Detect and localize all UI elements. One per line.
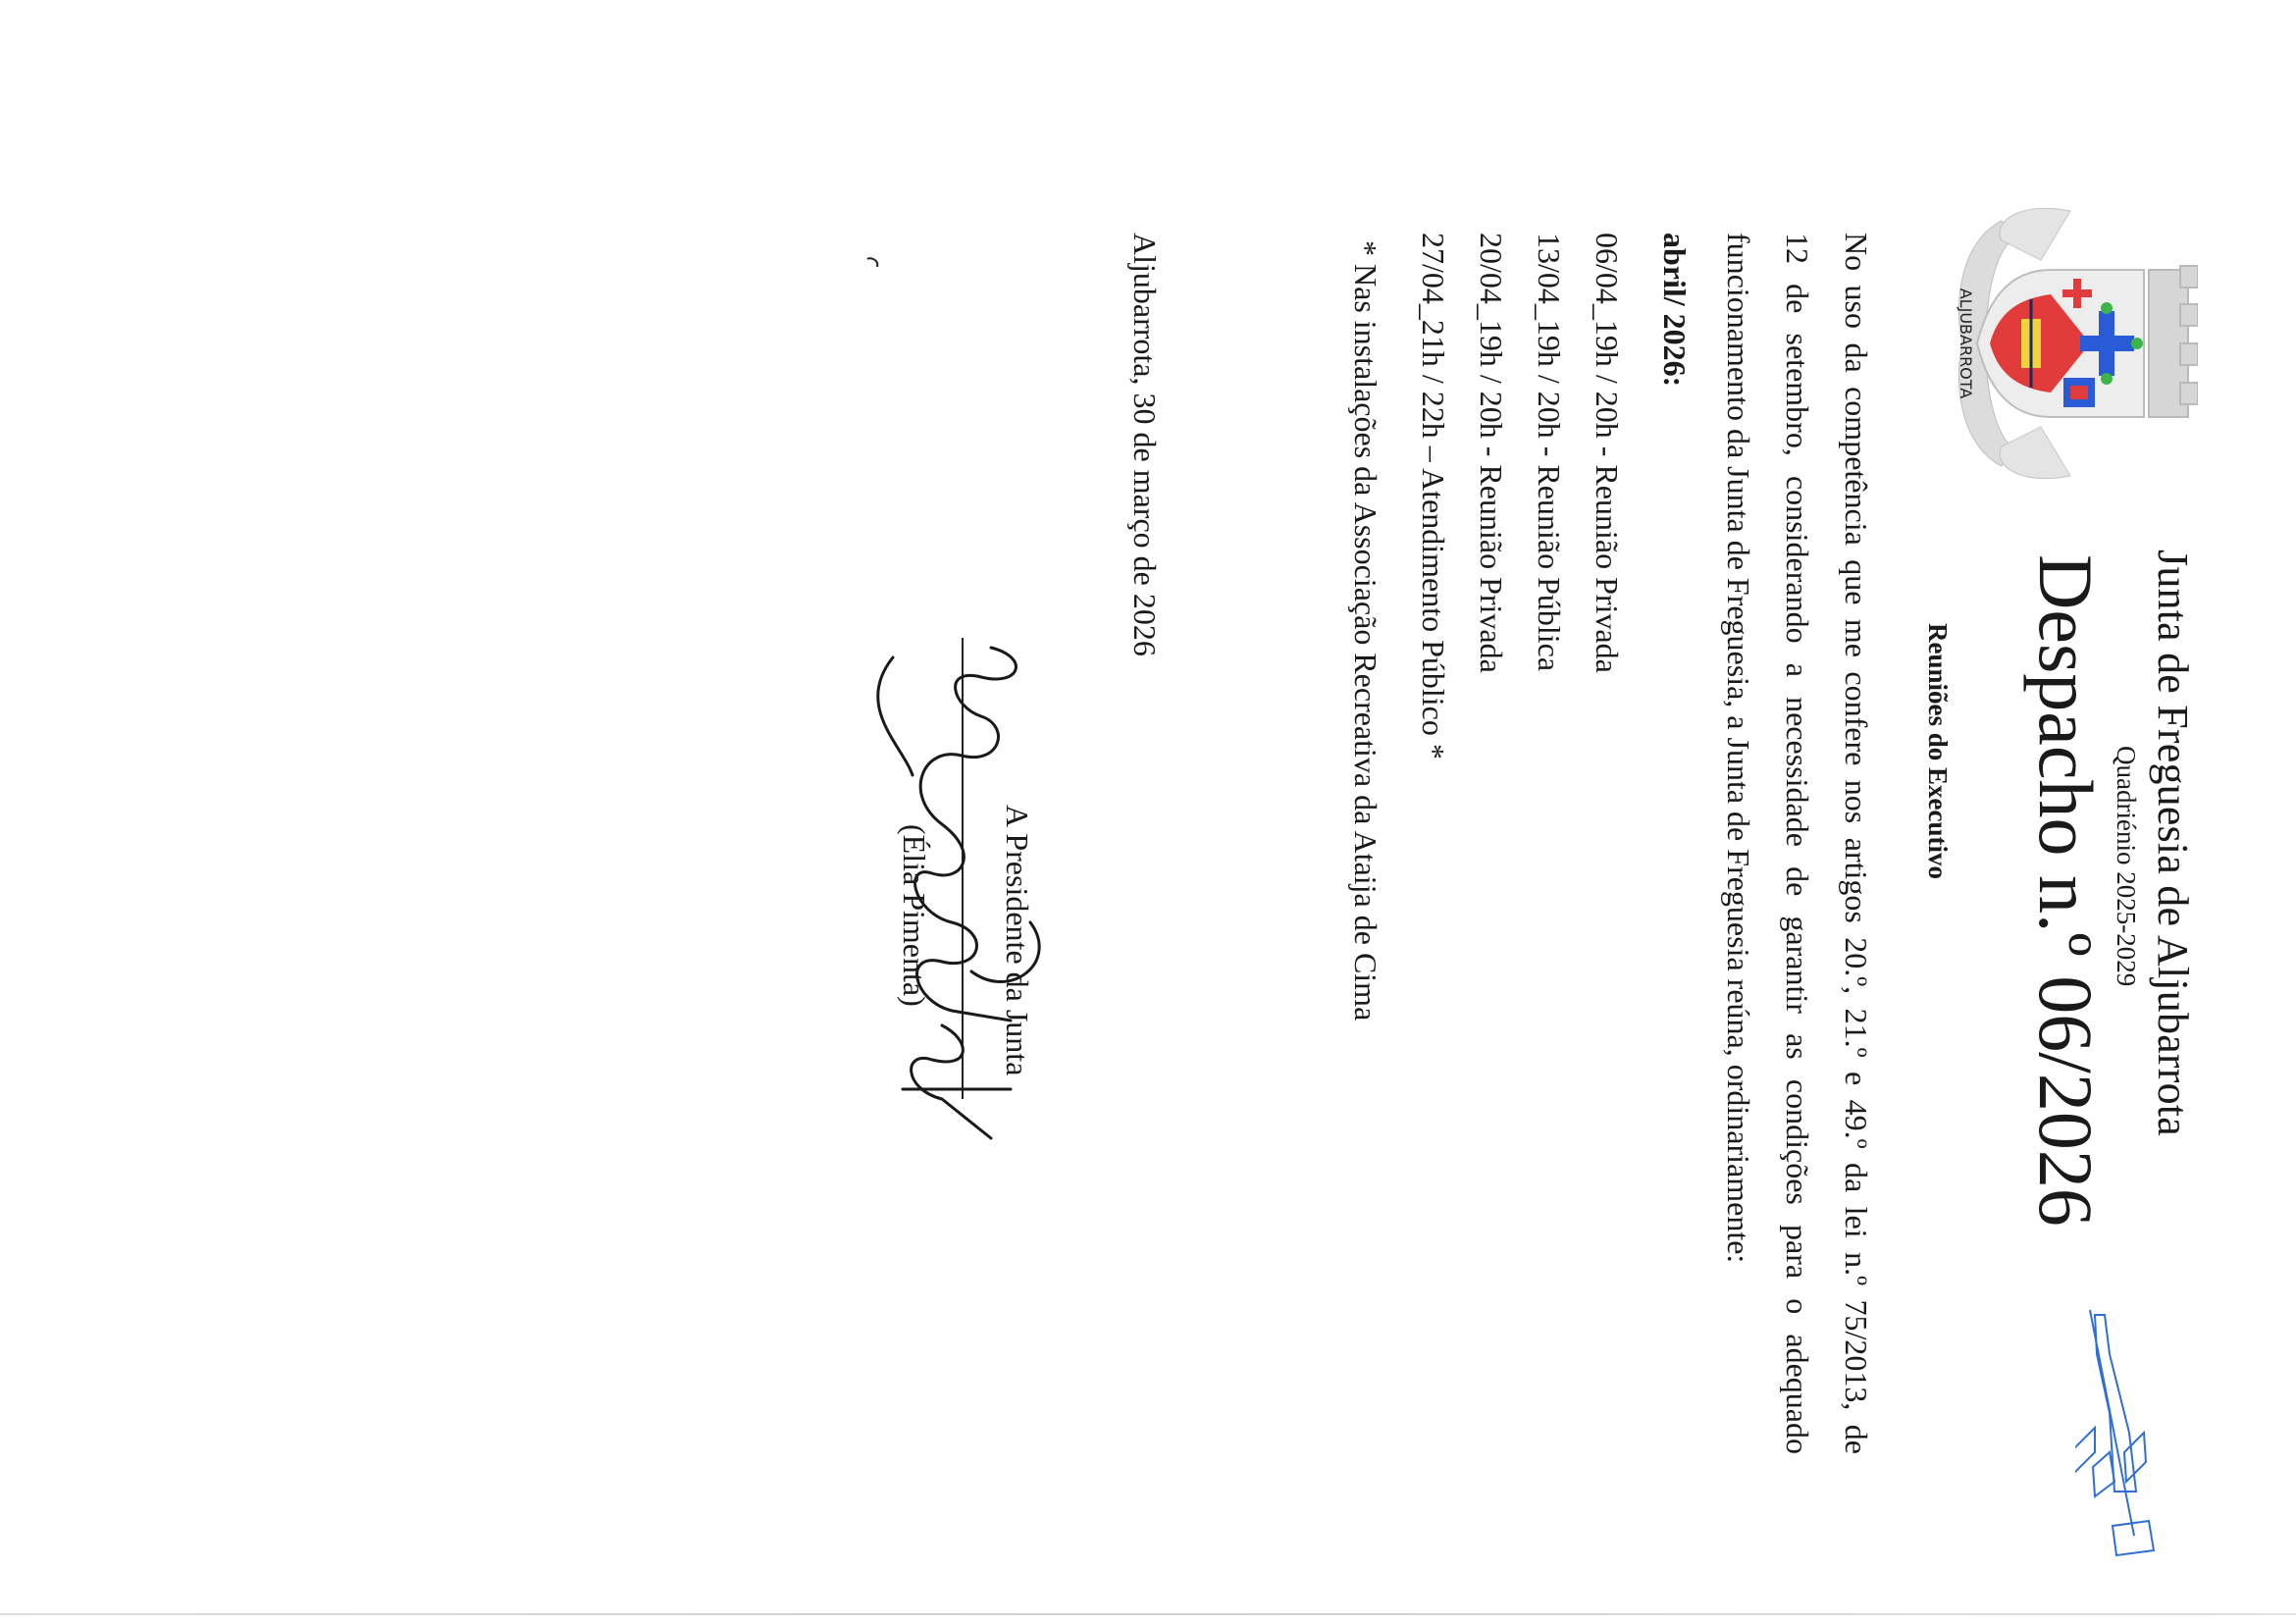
scan-mark-icon [863, 253, 883, 273]
entry-date: 27/04 [1416, 233, 1451, 304]
line-art-logo-icon [2075, 1295, 2203, 1560]
schedule-entry: 20/04_19h / 20h - Reunião Privada [1462, 233, 1520, 759]
entry-time: 19h / 20h [1532, 320, 1567, 439]
document-page: ALJUBARROTA Junta de Freguesia de Aljuba… [0, 0, 2296, 1623]
entry-type: Reunião Pública [1532, 464, 1567, 671]
entry-date: 06/04 [1590, 233, 1625, 304]
svg-text:ALJUBARROTA: ALJUBARROTA [1957, 288, 1975, 399]
entry-type: Atendimento Público * [1416, 468, 1451, 759]
body-line: funcionamento da Junta de Freguesia, a J… [1709, 233, 1768, 1454]
entry-time: 19h / 20h [1474, 320, 1509, 439]
handwritten-signature-icon [677, 628, 1050, 1178]
entry-type: Reunião Privada [1590, 464, 1625, 672]
document-number: Despacho n.º 06/2026 [2021, 554, 2110, 1227]
body-line: No uso da competência que me confere nos… [1827, 233, 1886, 1454]
meeting-schedule: 06/04_19h / 20h - Reunião Privada 13/04_… [1404, 233, 1636, 759]
schedule-entry: 06/04_19h / 20h - Reunião Privada [1578, 233, 1636, 759]
entry-separator: - [1532, 446, 1567, 457]
organization-name: Junta de Freguesia de Aljubarrota [2148, 550, 2198, 1136]
entry-separator: - [1590, 446, 1625, 457]
schedule-entry: 13/04_19h / 20h - Reunião Pública [1520, 233, 1578, 759]
entry-date: 20/04 [1474, 233, 1509, 304]
entry-separator: - [1474, 446, 1509, 457]
schedule-month-label: abril/ 2026: [1656, 233, 1693, 387]
place-and-date: Aljubarrota, 30 de março de 2026 [1126, 233, 1163, 656]
body-paragraph: No uso da competência que me confere nos… [1709, 233, 1886, 1454]
footnote: * Nas instalações da Associação Recreati… [1347, 240, 1383, 1021]
entry-time: 19h / 20h [1590, 320, 1625, 439]
entry-time: 21h / 22h [1416, 320, 1451, 439]
entry-date: 13/04 [1532, 233, 1567, 304]
schedule-entry: 27/04_21h / 22h – Atendimento Público * [1404, 233, 1462, 759]
body-line: 12 de setembro, considerando a necessida… [1768, 233, 1827, 1454]
entry-type: Reunião Privada [1474, 464, 1509, 672]
section-title: Reuniões do Executivo [1922, 623, 1953, 879]
coat-of-arms-icon: ALJUBARROTA [1953, 201, 2198, 486]
term-period: Quadriénio 2025-2029 [2111, 746, 2141, 986]
signature-block: A Presidente da Junta (Élia Pimenta) [677, 628, 1050, 1178]
entry-separator: – [1416, 446, 1451, 462]
